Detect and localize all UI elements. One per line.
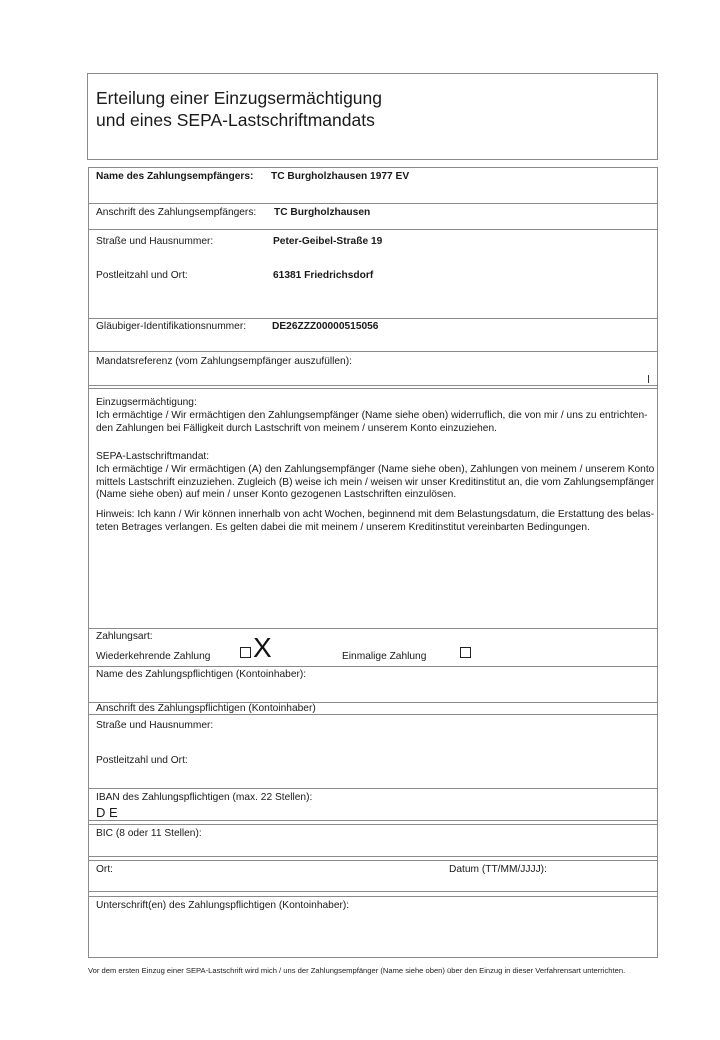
sepa-mandate-text-line-2: mittels Lastschrift einzuziehen. Zugleic… — [96, 477, 654, 488]
divider — [88, 891, 658, 892]
direct-debit-text-line-2: den Zahlungen bei Fälligkeit durch Lasts… — [96, 423, 497, 434]
payer-zip-city-label: Postleitzahl und Ort: — [96, 755, 188, 766]
divider — [88, 824, 658, 825]
recurring-payment-checkbox[interactable] — [240, 647, 251, 658]
payee-name-value: TC Burgholzhausen 1977 EV — [271, 171, 409, 182]
form-title-line-2: und eines SEPA-Lastschriftmandats — [96, 110, 375, 131]
form-title-line-1: Erteilung einer Einzugsermächtigung — [96, 88, 382, 109]
payee-street-value: Peter-Geibel-Straße 19 — [273, 236, 382, 247]
divider — [88, 860, 658, 861]
direct-debit-text-line-1: Ich ermächtige / Wir ermächtigen den Zah… — [96, 410, 648, 421]
single-payment-checkbox[interactable] — [460, 647, 471, 658]
bic-field[interactable] — [89, 840, 657, 855]
divider — [88, 318, 658, 319]
divider — [88, 229, 658, 230]
sepa-mandate-heading: SEPA-Lastschriftmandat: — [96, 451, 209, 462]
title-box: Erteilung einer Einzugsermächtigung und … — [87, 73, 658, 160]
payer-zip-city-field[interactable] — [89, 768, 657, 787]
divider — [88, 896, 658, 897]
divider — [88, 628, 658, 629]
mandate-reference-field[interactable] — [648, 375, 649, 383]
payee-name-label: Name des Zahlungsempfängers: — [96, 171, 253, 182]
payer-street-label: Straße und Hausnummer: — [96, 720, 213, 731]
date-field[interactable] — [449, 876, 649, 890]
place-label: Ort: — [96, 864, 113, 875]
payee-address-value: TC Burgholzhausen — [274, 207, 370, 218]
payee-zip-city-label: Postleitzahl und Ort: — [96, 270, 188, 281]
payment-type-label: Zahlungsart: — [96, 631, 153, 642]
payer-address-label: Anschrift des Zahlungspflichtigen (Konto… — [96, 703, 316, 714]
creditor-id-label: Gläubiger-Identifikationsnummer: — [96, 321, 246, 332]
sepa-mandate-text-line-3: (Name siehe oben) auf mein / unser Konto… — [96, 489, 456, 500]
sepa-mandate-text-line-1: Ich ermächtige / Wir ermächtigen (A) den… — [96, 464, 654, 475]
divider — [88, 385, 658, 386]
divider — [88, 666, 658, 667]
payee-street-label: Straße und Hausnummer: — [96, 236, 213, 247]
divider — [88, 203, 658, 204]
payer-name-field[interactable] — [89, 681, 657, 701]
iban-field[interactable]: D E — [96, 805, 118, 820]
divider — [88, 714, 658, 715]
mandate-reference-label: Mandatsreferenz (vom Zahlungsempfänger a… — [96, 356, 352, 367]
divider — [88, 388, 658, 389]
payer-street-field[interactable] — [89, 733, 657, 753]
signature-field[interactable] — [89, 913, 657, 955]
place-field[interactable] — [89, 876, 429, 890]
checked-x-icon: X — [253, 634, 272, 662]
divider — [88, 856, 658, 857]
date-label: Datum (TT/MM/JJJJ): — [449, 864, 547, 875]
notice-text-line-1: Hinweis: Ich kann / Wir können innerhalb… — [96, 509, 654, 520]
recurring-payment-label: Wiederkehrende Zahlung — [96, 651, 210, 662]
signature-label: Unterschrift(en) des Zahlungspflichtigen… — [96, 900, 349, 911]
notice-text-line-2: teten Betrages verlangen. Es gelten dabe… — [96, 522, 590, 533]
payee-address-label: Anschrift des Zahlungsempfängers: — [96, 207, 256, 218]
single-payment-label: Einmalige Zahlung — [342, 651, 426, 662]
creditor-id-value: DE26ZZZ00000515056 — [272, 321, 378, 332]
divider — [88, 351, 658, 352]
divider — [88, 788, 658, 789]
direct-debit-heading: Einzugsermächtigung: — [96, 397, 197, 408]
payee-zip-city-value: 61381 Friedrichsdorf — [273, 270, 373, 281]
divider — [88, 820, 658, 821]
iban-label: IBAN des Zahlungspflichtigen (max. 22 St… — [96, 792, 312, 803]
footer-note: Vor dem ersten Einzug einer SEPA-Lastsch… — [88, 966, 625, 975]
payer-name-label: Name des Zahlungspflichtigen (Kontoinhab… — [96, 669, 306, 680]
bic-label: BIC (8 oder 11 Stellen): — [96, 828, 202, 839]
